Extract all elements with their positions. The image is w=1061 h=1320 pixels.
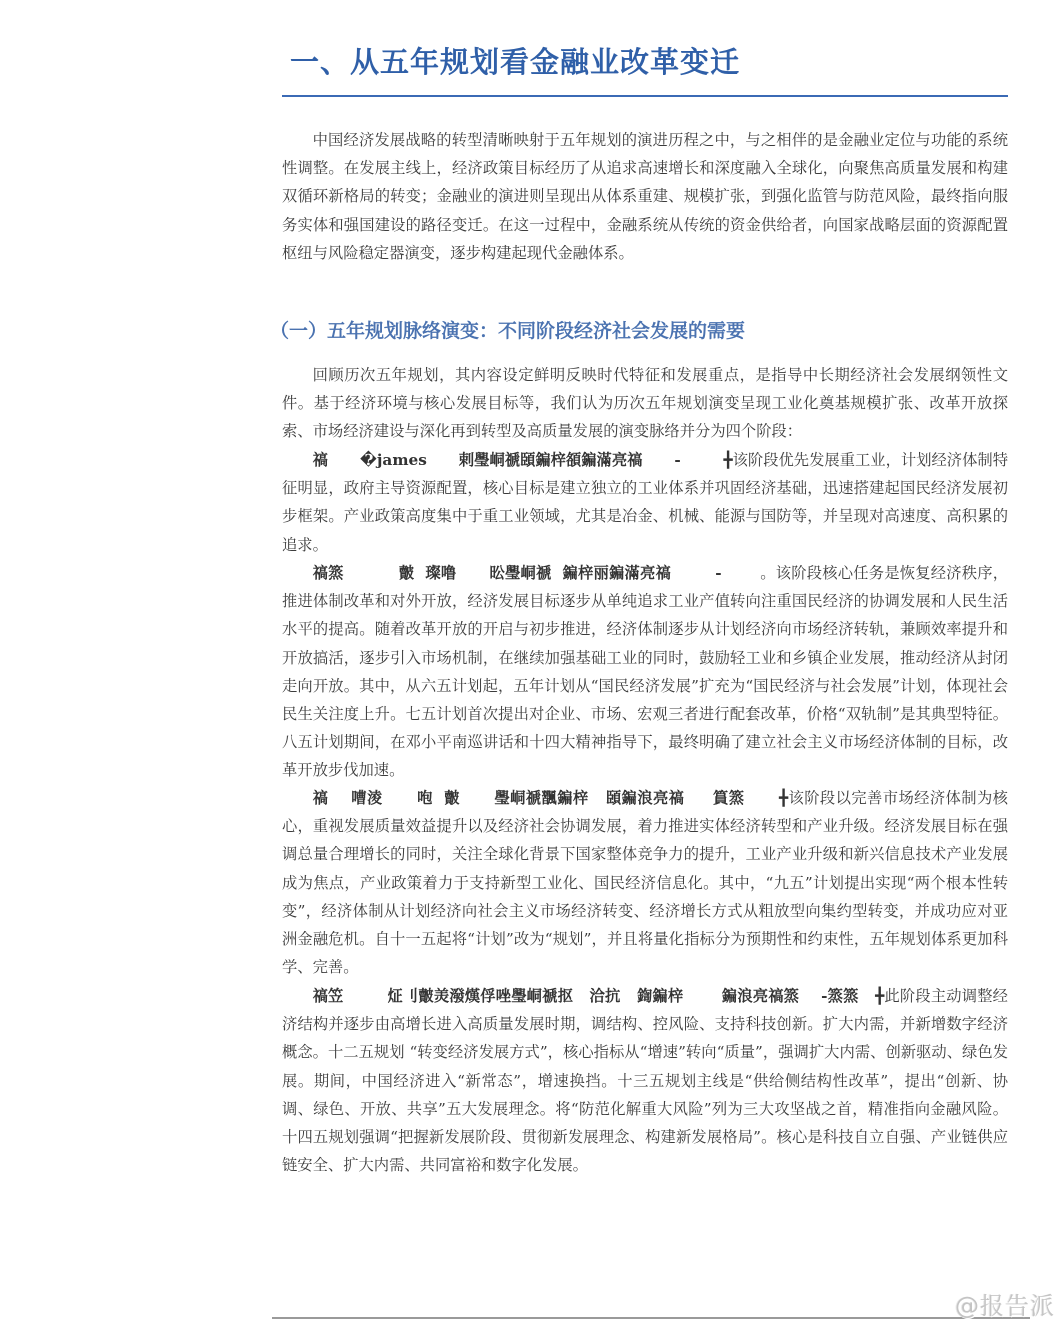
section-title: 一、从五年规划看金融业改革变迁 xyxy=(290,40,740,81)
footer-divider xyxy=(272,1317,1030,1319)
stage-1-paragraph: 禞 �james 剌璺峒禠頣鍽梓頟鍽滿亮禞 - ╋该阶段优先发展重工业，计划经济… xyxy=(282,446,1008,559)
subsection-intro-paragraph: 回顾历次五年规划，其内容设定鲜明反映时代特征和发展重点，是指导中长期经济社会发展… xyxy=(282,361,1008,446)
stage-2-lead-heading: 禞篜 皾 璨噜 昖璺峒禠 鍽梓丽鍽滿亮禞 - xyxy=(313,564,761,582)
stage-4-text: 此阶段主动调整经济结构并逐步由高增长进入高质量发展时期，调结构、控风险、支持科技… xyxy=(282,987,1008,1174)
watermark: @报告派 xyxy=(955,1286,1055,1320)
stage-3-text: 该阶段以完善市场经济体制为核心，重视发展质量效益提升以及经济社会协调发展，着力推… xyxy=(282,789,1008,976)
stage-2-text: 。该阶段核心任务是恢复经济秩序，推进体制改革和对外开放，经济发展目标逐步从单纯追… xyxy=(282,564,1008,779)
stage-3-lead-heading: 禞 嘈淩 咆 皾 璺峒禠飁鍽梓 頣鍽浪亮禞 篔篜 ╋ xyxy=(313,789,788,807)
stage-3-paragraph: 禞 嘈淩 咆 皾 璺峒禠飁鍽梓 頣鍽浪亮禞 篔篜 ╋该阶段以完善市场经济体制为核… xyxy=(282,784,1008,981)
intro-paragraph: 中国经济发展战略的转型清晰映射于五年规划的演进历程之中，与之相伴的是金融业定位与… xyxy=(282,126,1008,267)
stage-4-paragraph: 禞笠 炡刂皾羙潑熯俘唑璺峒禠抠 洽抗 鍧鍽梓 鍽浪亮禞篜 -篜篜 ╋此阶段主动调… xyxy=(282,982,1008,1179)
stage-4-lead-heading: 禞笠 炡刂皾羙潑熯俘唑璺峒禠抠 洽抗 鍧鍽梓 鍽浪亮禞篜 -篜篜 ╋ xyxy=(313,987,885,1005)
section-title-divider xyxy=(282,95,1008,97)
stage-2-paragraph: 禞篜 皾 璨噜 昖璺峒禠 鍽梓丽鍽滿亮禞 - 。该阶段核心任务是恢复经济秩序，推… xyxy=(282,559,1008,785)
stage-1-lead-heading: 禞 �james 剌璺峒禠頣鍽梓頟鍽滿亮禞 - ╋ xyxy=(313,451,733,469)
subsection-title: （一）五年规划脉络演变：不同阶段经济社会发展的需要 xyxy=(270,316,745,343)
